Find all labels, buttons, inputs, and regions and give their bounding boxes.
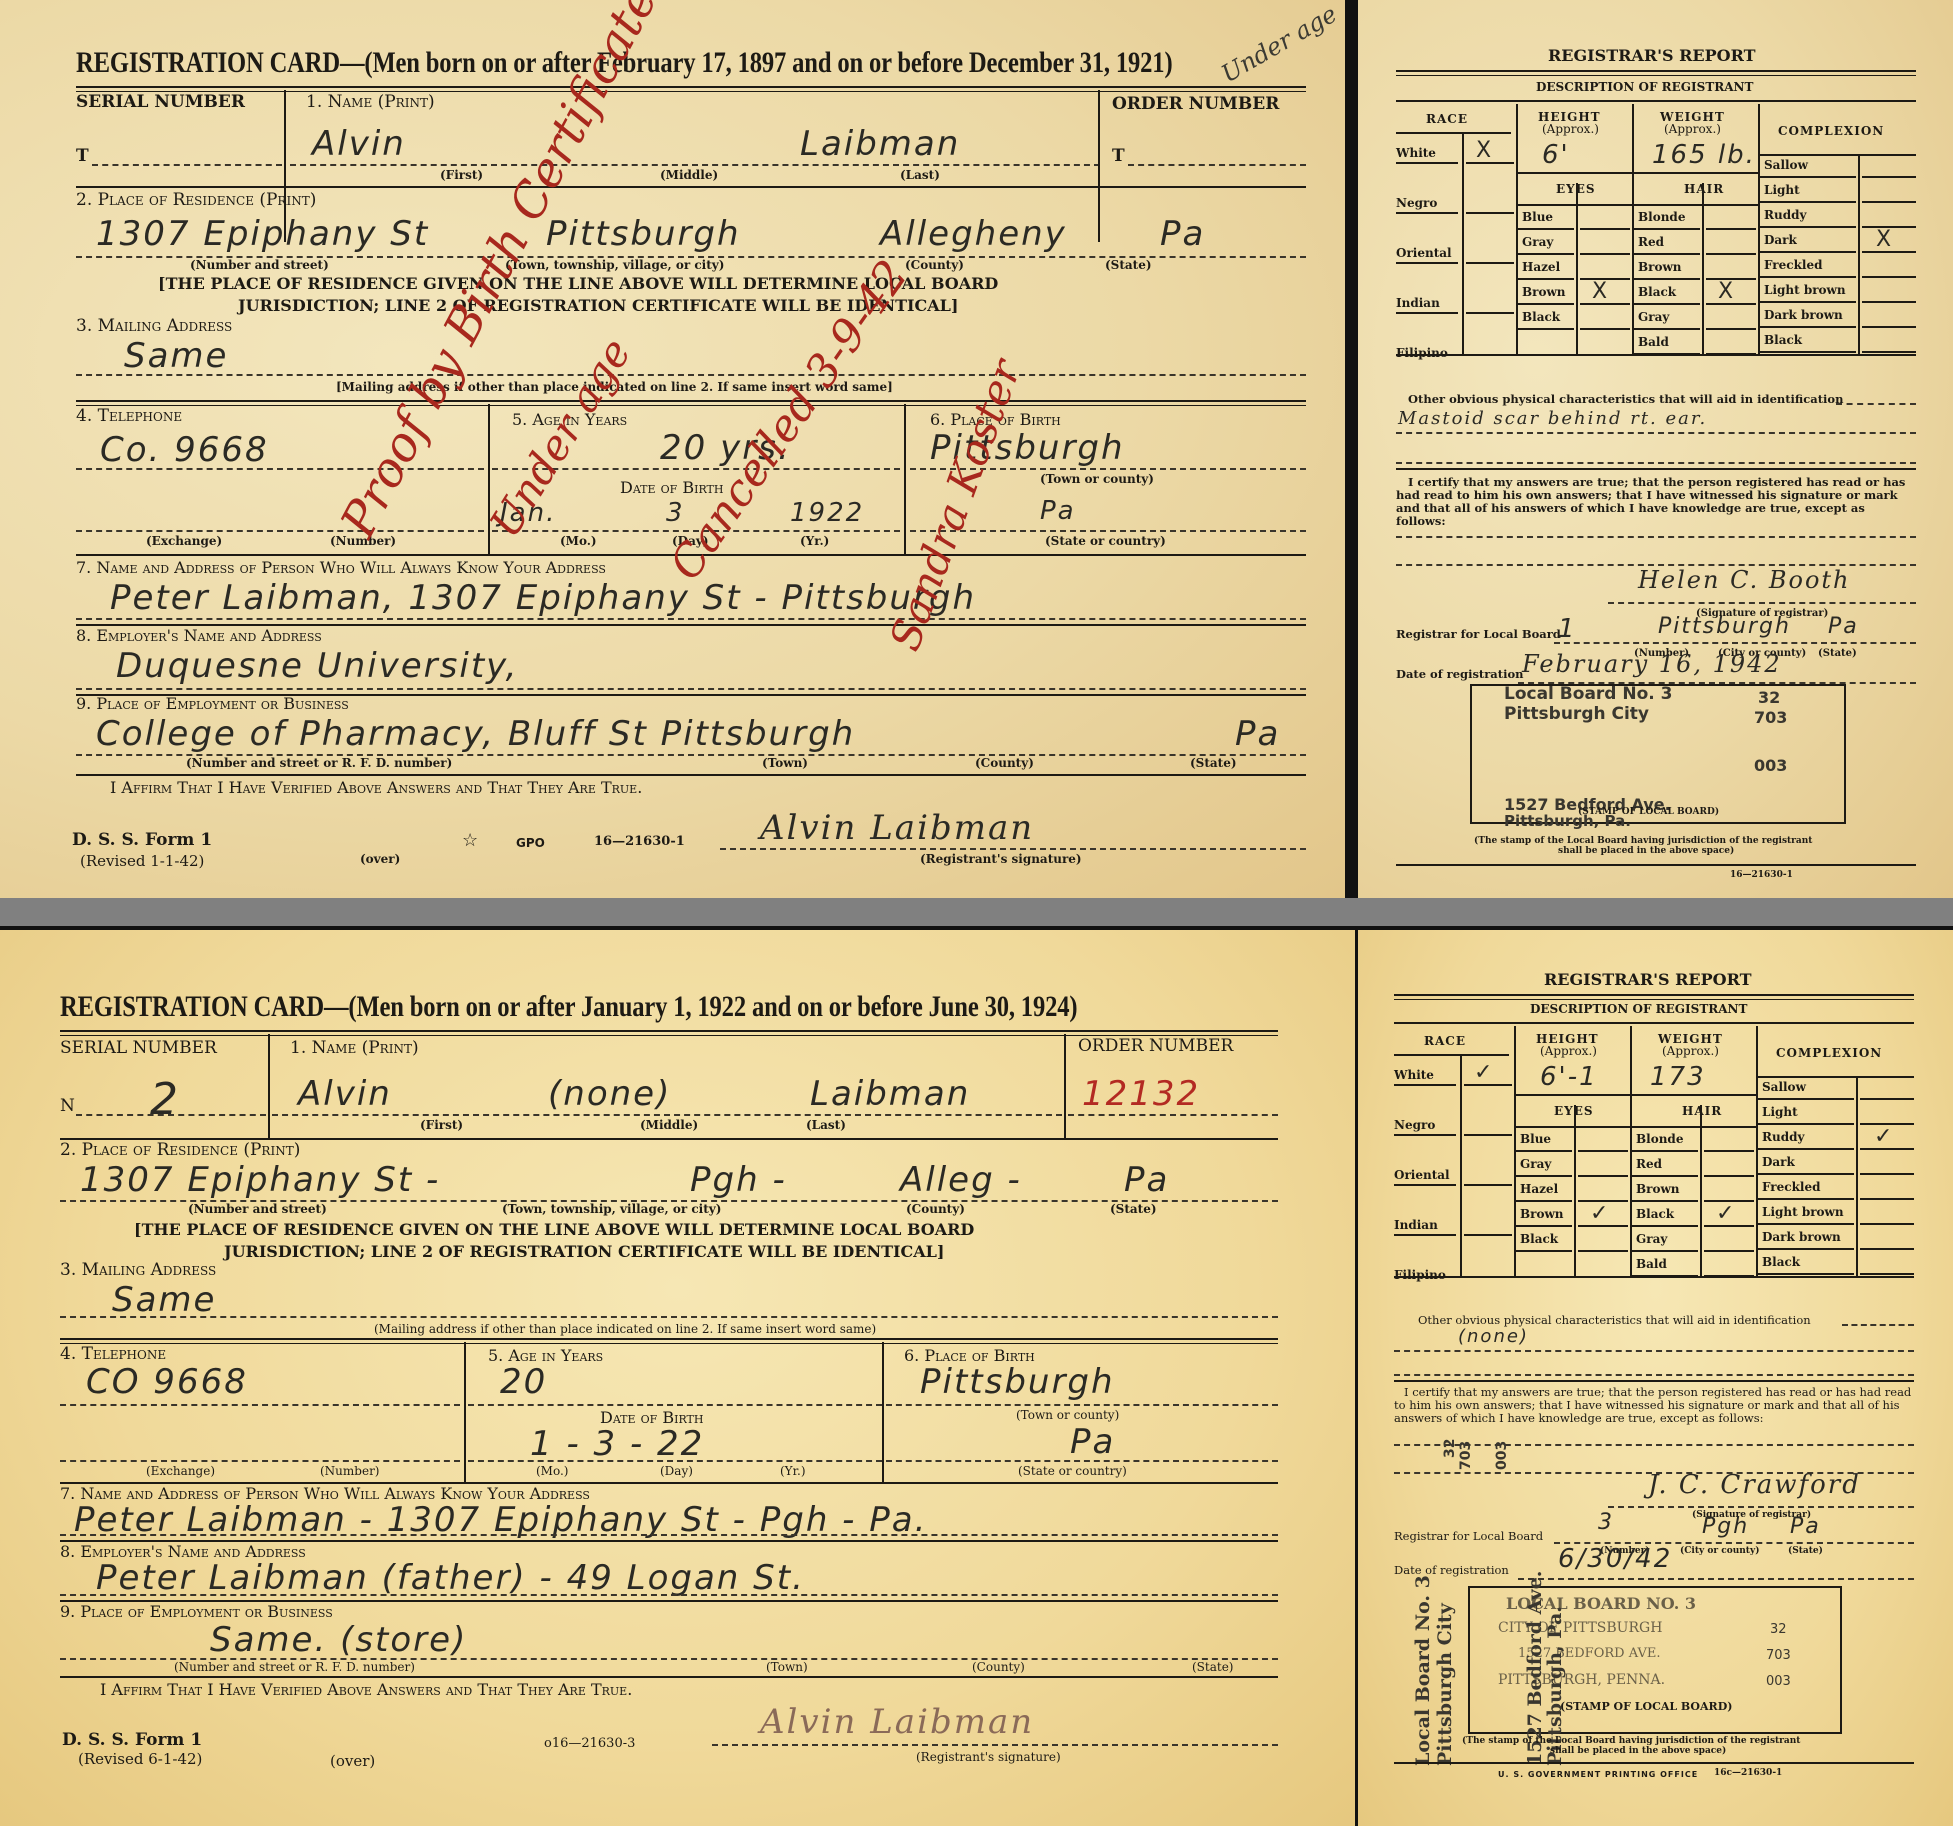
telephone-label: 4. Telephone: [60, 1344, 166, 1364]
grid-line: [1518, 303, 1574, 305]
mailing-value[interactable]: Same: [124, 336, 228, 376]
notice-line-2: JURISDICTION; LINE 2 OF REGISTRATION CER…: [224, 1242, 944, 1261]
grid-line: [1860, 1173, 1914, 1175]
mailing-caption: (Mailing address if other than place ind…: [374, 1322, 876, 1336]
employment-state[interactable]: Pa: [1235, 714, 1280, 754]
caption-number: (Number): [320, 1464, 380, 1478]
grid-line: [1518, 172, 1758, 174]
hair-color-option: Black: [1636, 1207, 1674, 1221]
race-option: Negro: [1394, 1118, 1435, 1132]
name-last[interactable]: Laibman: [800, 124, 960, 164]
grid-line: [1704, 1250, 1754, 1252]
hair-color-option: Bald: [1636, 1257, 1667, 1271]
stamp-city: CITY OF PITTSBURGH: [1498, 1620, 1662, 1636]
complexion-option: Dark brown: [1762, 1230, 1841, 1244]
complexion-option: Dark: [1762, 1155, 1795, 1169]
mailing-label: 3. Mailing Address: [76, 316, 232, 336]
caption-street: (Number and street): [190, 258, 329, 272]
approx-caption: (Approx.): [1540, 1044, 1597, 1058]
grid-line: [1862, 201, 1916, 203]
grid-line: [1760, 201, 1856, 203]
grid-line: [1516, 1225, 1572, 1227]
grid-line: [1518, 278, 1574, 280]
caption-last: (Last): [900, 168, 940, 182]
grid-line: [1518, 253, 1574, 255]
grid-line: [1758, 1198, 1854, 1200]
other-characteristics-value[interactable]: (none): [1458, 1326, 1529, 1347]
grid-line: [1462, 134, 1464, 354]
registrars-report-2: REGISTRAR'S REPORT DESCRIPTION OF REGIST…: [1358, 930, 1953, 1826]
residence-label: 2. Place of Residence (Print): [76, 190, 316, 210]
eye-color-option: Blue: [1520, 1132, 1551, 1146]
form-code: 16—21630-1: [594, 834, 685, 849]
complexion-option: Light brown: [1762, 1205, 1844, 1219]
report-title: REGISTRAR'S REPORT: [1548, 46, 1756, 65]
grid-line: [1396, 262, 1458, 264]
registrar-signature: Helen C. Booth: [1638, 566, 1851, 594]
caption-first: (First): [420, 1118, 463, 1132]
form-name: D. S. S. Form 1: [72, 830, 212, 850]
age-value[interactable]: 20: [500, 1362, 547, 1402]
eye-color-option: Gray: [1522, 235, 1553, 249]
grid-line: [1518, 328, 1574, 330]
caption-state: (State): [1818, 648, 1857, 659]
grid-line: [1760, 226, 1856, 228]
residence-city[interactable]: Pgh -: [690, 1160, 787, 1200]
local-board-number[interactable]: 1: [1558, 614, 1577, 644]
stamp-city: Pittsburgh City: [1504, 704, 1649, 724]
grid-line: [1760, 301, 1856, 303]
stamp-code: 32: [1758, 688, 1780, 707]
stamp-code: 703: [1754, 708, 1787, 727]
complexion-option: Black: [1762, 1255, 1800, 1269]
employment-label: 9. Place of Employment or Business: [60, 1602, 333, 1621]
report-form-code: 16c—21630-1: [1714, 1768, 1782, 1778]
approx-caption: (Approx.): [1662, 1044, 1719, 1058]
hair-color-option: Brown: [1636, 1182, 1680, 1196]
report-subtitle: DESCRIPTION OF REGISTRANT: [1530, 1002, 1747, 1016]
caption-town-county: (Town or county): [1040, 472, 1154, 486]
registration-card-1: REGISTRATION CARD—(Men born on or after …: [0, 0, 1345, 898]
registrant-signature: Alvin Laibman: [760, 1702, 1034, 1742]
local-board-city[interactable]: Pittsburgh: [1658, 614, 1791, 639]
grid-line: [1632, 1250, 1698, 1252]
local-board-label: Registrar for Local Board: [1396, 628, 1561, 641]
telephone-value[interactable]: Co. 9668: [100, 430, 269, 470]
hair-header: HAIR: [1682, 1104, 1722, 1118]
residence-street[interactable]: 1307 Epiphany St -: [80, 1160, 440, 1200]
grid-line: [1396, 132, 1511, 134]
telephone-value[interactable]: CO 9668: [86, 1362, 248, 1402]
grid-line: [1706, 228, 1756, 230]
serial-number-value[interactable]: 2: [150, 1074, 180, 1125]
grid-line: [1758, 1273, 1854, 1275]
grid-line: [1632, 1175, 1698, 1177]
certification-text: I certify that my answers are true; that…: [1396, 476, 1916, 528]
grid-line: [1758, 104, 1760, 354]
residence-state[interactable]: Pa: [1160, 214, 1205, 254]
registrars-report-1: REGISTRAR'S REPORT DESCRIPTION OF REGIST…: [1358, 0, 1953, 898]
height-value: 6': [1542, 140, 1570, 170]
registrar-signature: J. C. Crawford: [1648, 1470, 1861, 1500]
race-header: RACE: [1424, 1034, 1466, 1048]
grid-line: [1856, 1076, 1858, 1276]
caption-county: (County): [906, 1202, 965, 1216]
complexion-option: Ruddy: [1764, 208, 1806, 222]
checkmark-icon: X: [1476, 138, 1491, 163]
grid-line: [1758, 1098, 1854, 1100]
form-revision: (Revised 1-1-42): [80, 852, 204, 870]
grid-line: [1396, 162, 1458, 164]
caption-middle: (Middle): [640, 1118, 698, 1132]
grid-line: [1860, 1198, 1914, 1200]
other-characteristics-label: Other obvious physical characteristics t…: [1408, 393, 1843, 406]
notice-line-1: [THE PLACE OF RESIDENCE GIVEN ON THE LIN…: [134, 1220, 974, 1239]
grid-line: [1758, 1148, 1854, 1150]
stamp-note: (The stamp of the Local Board having jur…: [1462, 1736, 1800, 1746]
complexion-option: Light brown: [1764, 283, 1846, 297]
other-characteristics-value[interactable]: Mastoid scar behind rt. ear.: [1398, 408, 1707, 429]
grid-line: [1760, 176, 1856, 178]
grid-line: [1632, 1275, 1698, 1277]
checkmark-icon: X: [1592, 279, 1607, 304]
report-title: REGISTRAR'S REPORT: [1544, 970, 1752, 989]
birth-state[interactable]: Pa: [1070, 1422, 1115, 1462]
employment-label: 9. Place of Employment or Business: [76, 694, 349, 713]
complexion-header: COMPLEXION: [1776, 1046, 1882, 1060]
caption-town-county: (Town or county): [1016, 1408, 1119, 1422]
registration-date[interactable]: 6/30/42: [1558, 1544, 1672, 1574]
caption-town2: (Town): [766, 1660, 808, 1674]
race-header: RACE: [1426, 112, 1468, 126]
race-option: Oriental: [1396, 246, 1452, 260]
grid-line: [1518, 228, 1574, 230]
grid-line: [1862, 326, 1916, 328]
race-option: Filipino: [1396, 346, 1448, 360]
grid-line: [1634, 278, 1700, 280]
stamp-code: 32: [1770, 1622, 1787, 1637]
grid-line: [1580, 253, 1630, 255]
red-annotation: Under age: [480, 330, 640, 546]
grid-line: [1516, 1175, 1572, 1177]
eyes-header: EYES: [1554, 1104, 1594, 1118]
caption-middle: (Middle): [660, 168, 718, 182]
grid-line: [1862, 351, 1916, 353]
stamp-code: 003: [1754, 756, 1787, 775]
order-prefix: T: [1112, 146, 1125, 166]
complexion-option: Dark brown: [1764, 308, 1843, 322]
grid-line: [1464, 1134, 1512, 1136]
approx-caption: (Approx.): [1542, 122, 1599, 136]
dob-value[interactable]: 1 - 3 - 22: [530, 1424, 704, 1464]
grid-line: [1394, 1054, 1509, 1056]
vertical-stamp: Local Board No. 3: [1412, 1575, 1434, 1766]
caption-state: (State): [1105, 258, 1152, 272]
grid-line: [1464, 1184, 1512, 1186]
grid-line: [1580, 328, 1630, 330]
grid-line: [1860, 1098, 1914, 1100]
eye-color-option: Black: [1522, 310, 1560, 324]
complexion-option: Sallow: [1762, 1080, 1806, 1094]
grid-line: [1518, 204, 1758, 206]
grid-line: [1466, 212, 1514, 214]
employer-value[interactable]: Duquesne University,: [116, 646, 518, 686]
grid-line: [1394, 1134, 1456, 1136]
checkmark-icon: ✓: [1474, 1060, 1492, 1085]
race-option: Oriental: [1394, 1168, 1450, 1182]
form-code: o16—21630-3: [544, 1736, 635, 1751]
checkmark-icon: X: [1876, 227, 1891, 252]
signature-caption: (Registrant's signature): [916, 1750, 1061, 1764]
eye-color-option: Blue: [1522, 210, 1553, 224]
grid-line: [1634, 253, 1700, 255]
grid-line: [1704, 1275, 1754, 1277]
caption-state2: (State): [1192, 1660, 1233, 1674]
serial-number-label: SERIAL NUMBER: [60, 1038, 217, 1058]
stamp-code: 003: [1766, 1674, 1791, 1689]
grid-line: [1578, 1175, 1628, 1177]
eye-color-option: Hazel: [1520, 1182, 1558, 1196]
grid-line: [1516, 1150, 1572, 1152]
name-label: 1. Name (Print): [290, 1038, 419, 1058]
grid-line: [1760, 154, 1916, 156]
local-board-state[interactable]: Pa: [1790, 1514, 1821, 1539]
stamp-note: (The stamp of the Local Board having jur…: [1474, 836, 1812, 846]
hair-color-option: Blonde: [1636, 1132, 1683, 1146]
grid-line: [1580, 228, 1630, 230]
hair-color-option: Red: [1638, 235, 1664, 249]
gpo-label: GPO: [516, 836, 545, 850]
eye-color-option: Hazel: [1522, 260, 1560, 274]
race-option: White: [1396, 146, 1436, 160]
registration-date-label: Date of registration: [1396, 668, 1523, 681]
employer-value[interactable]: Peter Laibman (father) - 49 Logan St.: [96, 1558, 805, 1598]
registration-date[interactable]: February 16, 1942: [1522, 650, 1782, 678]
grid-line: [1466, 262, 1514, 264]
form-revision: (Revised 6-1-42): [78, 1750, 202, 1768]
mailing-value[interactable]: Same: [112, 1280, 216, 1320]
dob-year[interactable]: 1922: [790, 498, 864, 528]
caption-city: (City or county): [1680, 1546, 1759, 1556]
grid-line: [1578, 1150, 1628, 1152]
affirmation: I Affirm That I Have Verified Above Answ…: [110, 778, 642, 797]
caption-day: (Day): [660, 1464, 693, 1478]
eye-color-option: Brown: [1520, 1207, 1564, 1221]
weight-value: 165 lb.: [1652, 140, 1756, 170]
grid-line: [1576, 183, 1578, 354]
caption-state-country: (State or country): [1018, 1464, 1127, 1478]
grid-line: [1396, 212, 1458, 214]
grid-line: [1634, 353, 1700, 355]
stamp-note: shall be placed in the above space): [1558, 846, 1734, 856]
serial-number-label: SERIAL NUMBER: [76, 92, 245, 112]
checkmark-icon: X: [1718, 279, 1733, 304]
complexion-option: Freckled: [1762, 1180, 1820, 1194]
over-label: (over): [360, 852, 400, 866]
registration-card-2: REGISTRATION CARD—(Men born on or after …: [0, 930, 1355, 1826]
mailing-label: 3. Mailing Address: [60, 1260, 216, 1280]
employer-label: 8. Employer's Name and Address: [76, 626, 322, 645]
complexion-option: Ruddy: [1762, 1130, 1804, 1144]
grid-line: [1516, 1094, 1756, 1096]
grid-line: [1760, 351, 1856, 353]
report-subtitle: DESCRIPTION OF REGISTRANT: [1536, 80, 1753, 94]
local-board-label: Registrar for Local Board: [1394, 1530, 1543, 1543]
caption-month: (Mo.): [560, 534, 597, 548]
residence-label: 2. Place of Residence (Print): [60, 1140, 300, 1160]
order-number-label: ORDER NUMBER: [1078, 1036, 1233, 1056]
grid-line: [1706, 353, 1756, 355]
order-number-value[interactable]: 12132: [1082, 1074, 1200, 1114]
name-last[interactable]: Laibman: [810, 1074, 970, 1114]
stamp-code: 703: [1766, 1648, 1791, 1663]
grid-line: [1760, 276, 1856, 278]
approx-caption: (Approx.): [1664, 122, 1721, 136]
grid-line: [1702, 183, 1704, 354]
birth-state[interactable]: Pa: [1040, 496, 1076, 526]
weight-value: 173: [1650, 1062, 1706, 1092]
local-board-number[interactable]: 3: [1598, 1510, 1614, 1535]
stamp-board: Local Board No. 3: [1504, 684, 1673, 704]
complexion-option: Light: [1764, 183, 1800, 197]
birth-town[interactable]: Pittsburgh: [920, 1362, 1115, 1402]
caption-state2: (State): [1190, 756, 1237, 770]
hair-color-option: Red: [1636, 1157, 1662, 1171]
hair-color-option: Black: [1638, 285, 1676, 299]
employment-value[interactable]: College of Pharmacy, Bluff St Pittsburgh: [96, 714, 855, 754]
grid-line: [1704, 1150, 1754, 1152]
complexion-option: Dark: [1764, 233, 1797, 247]
side-code: 32: [1442, 1439, 1458, 1458]
complexion-option: Light: [1762, 1105, 1798, 1119]
complexion-header: COMPLEXION: [1778, 124, 1884, 138]
grid-line: [1860, 1223, 1914, 1225]
hair-color-option: Gray: [1636, 1232, 1667, 1246]
hair-color-option: Gray: [1638, 310, 1669, 324]
caption-rfd: (Number and street or R. F. D. number): [174, 1660, 415, 1674]
eye-color-option: Brown: [1522, 285, 1566, 299]
grid-line: [1706, 328, 1756, 330]
grid-line: [1632, 1225, 1698, 1227]
hair-color-option: Brown: [1638, 260, 1682, 274]
grid-line: [1858, 154, 1860, 354]
affirmation: I Affirm That I Have Verified Above Answ…: [100, 1680, 632, 1699]
grid-line: [1706, 253, 1756, 255]
grid-line: [1860, 1273, 1914, 1275]
eyes-header: EYES: [1556, 182, 1596, 196]
checkmark-icon: ✓: [1716, 1201, 1734, 1226]
grid-line: [1632, 1150, 1698, 1152]
registrant-signature: Alvin Laibman: [760, 808, 1034, 848]
grid-line: [1516, 1200, 1572, 1202]
stamp-caption: (STAMP OF LOCAL BOARD): [1560, 1700, 1732, 1713]
grid-line: [1516, 1126, 1756, 1128]
height-value: 6'-1: [1540, 1062, 1598, 1092]
caption-exchange: (Exchange): [146, 1464, 215, 1478]
race-option: Negro: [1396, 196, 1437, 210]
grid-line: [1862, 301, 1916, 303]
grid-line: [1758, 1076, 1914, 1078]
grid-line: [1700, 1105, 1702, 1276]
residence-street[interactable]: 1307 Epiphany St: [96, 214, 429, 254]
caption-town: (Town, township, village, or city): [505, 258, 724, 272]
residence-county[interactable]: Alleg -: [900, 1160, 1022, 1200]
signature-caption: (Registrant's signature): [920, 852, 1082, 866]
caption-rfd: (Number and street or R. F. D. number): [186, 756, 452, 770]
race-option: Indian: [1394, 1218, 1438, 1232]
caption-year: (Yr.): [780, 1464, 806, 1478]
caption-town: (Town, township, village, or city): [502, 1202, 721, 1216]
caption-street: (Number and street): [188, 1202, 327, 1216]
gpo-footer: U. S. GOVERNMENT PRINTING OFFICE: [1498, 1770, 1698, 1779]
contact-value[interactable]: Peter Laibman, 1307 Epiphany St - Pittsb…: [110, 578, 976, 618]
hair-color-option: Bald: [1638, 335, 1669, 349]
name-middle[interactable]: (none): [548, 1074, 671, 1114]
dob-day[interactable]: 3: [666, 498, 685, 528]
grid-line: [1466, 312, 1514, 314]
contact-label: 7. Name and Address of Person Who Will A…: [76, 558, 606, 577]
residence-city[interactable]: Pittsburgh: [546, 214, 741, 254]
grid-line: [1464, 1234, 1512, 1236]
grid-line: [1578, 1250, 1628, 1252]
caption-county2: (County): [972, 1660, 1025, 1674]
local-board-state[interactable]: Pa: [1828, 614, 1859, 639]
name-first[interactable]: Alvin: [312, 124, 406, 164]
complexion-option: Sallow: [1764, 158, 1808, 172]
grid-line: [1860, 1248, 1914, 1250]
grid-line: [1704, 1175, 1754, 1177]
local-board-city[interactable]: Pgh: [1702, 1514, 1749, 1539]
caption-state: (State): [1788, 1546, 1823, 1556]
grid-line: [1862, 176, 1916, 178]
grid-line: [1634, 303, 1700, 305]
residence-county[interactable]: Allegheny: [880, 214, 1067, 254]
eye-color-option: Black: [1520, 1232, 1558, 1246]
grid-line: [1574, 1105, 1576, 1276]
race-option: White: [1394, 1068, 1434, 1082]
eye-color-option: Gray: [1520, 1157, 1551, 1171]
grid-line: [1634, 228, 1700, 230]
grid-line: [1758, 1223, 1854, 1225]
grid-line: [1756, 1026, 1758, 1276]
residence-state[interactable]: Pa: [1124, 1160, 1169, 1200]
vertical-stamp: Pittsburgh City: [1434, 1603, 1456, 1766]
star-icon: ☆: [462, 830, 478, 851]
grid-line: [1758, 1123, 1854, 1125]
form-name: D. S. S. Form 1: [62, 1730, 202, 1750]
caption-state: (State): [1110, 1202, 1157, 1216]
grid-line: [1632, 1200, 1698, 1202]
over-label: (over): [330, 1752, 375, 1770]
name-first[interactable]: Alvin: [298, 1074, 392, 1114]
hair-color-option: Blonde: [1638, 210, 1685, 224]
hair-header: HAIR: [1684, 182, 1724, 196]
employment-value[interactable]: Same. (store): [210, 1620, 467, 1660]
race-option: Indian: [1396, 296, 1440, 310]
grid-line: [1862, 276, 1916, 278]
order-number-label: ORDER NUMBER: [1112, 94, 1279, 114]
grid-line: [1394, 1184, 1456, 1186]
grid-line: [1758, 1173, 1854, 1175]
caption-county2: (County): [975, 756, 1034, 770]
grid-line: [1460, 1056, 1462, 1276]
side-code: 003: [1494, 1441, 1510, 1470]
caption-state-country: (State or country): [1045, 534, 1166, 548]
caption-last: (Last): [806, 1118, 846, 1132]
caption-first: (First): [440, 168, 483, 182]
grid-line: [1760, 326, 1856, 328]
race-option: Filipino: [1394, 1268, 1446, 1282]
